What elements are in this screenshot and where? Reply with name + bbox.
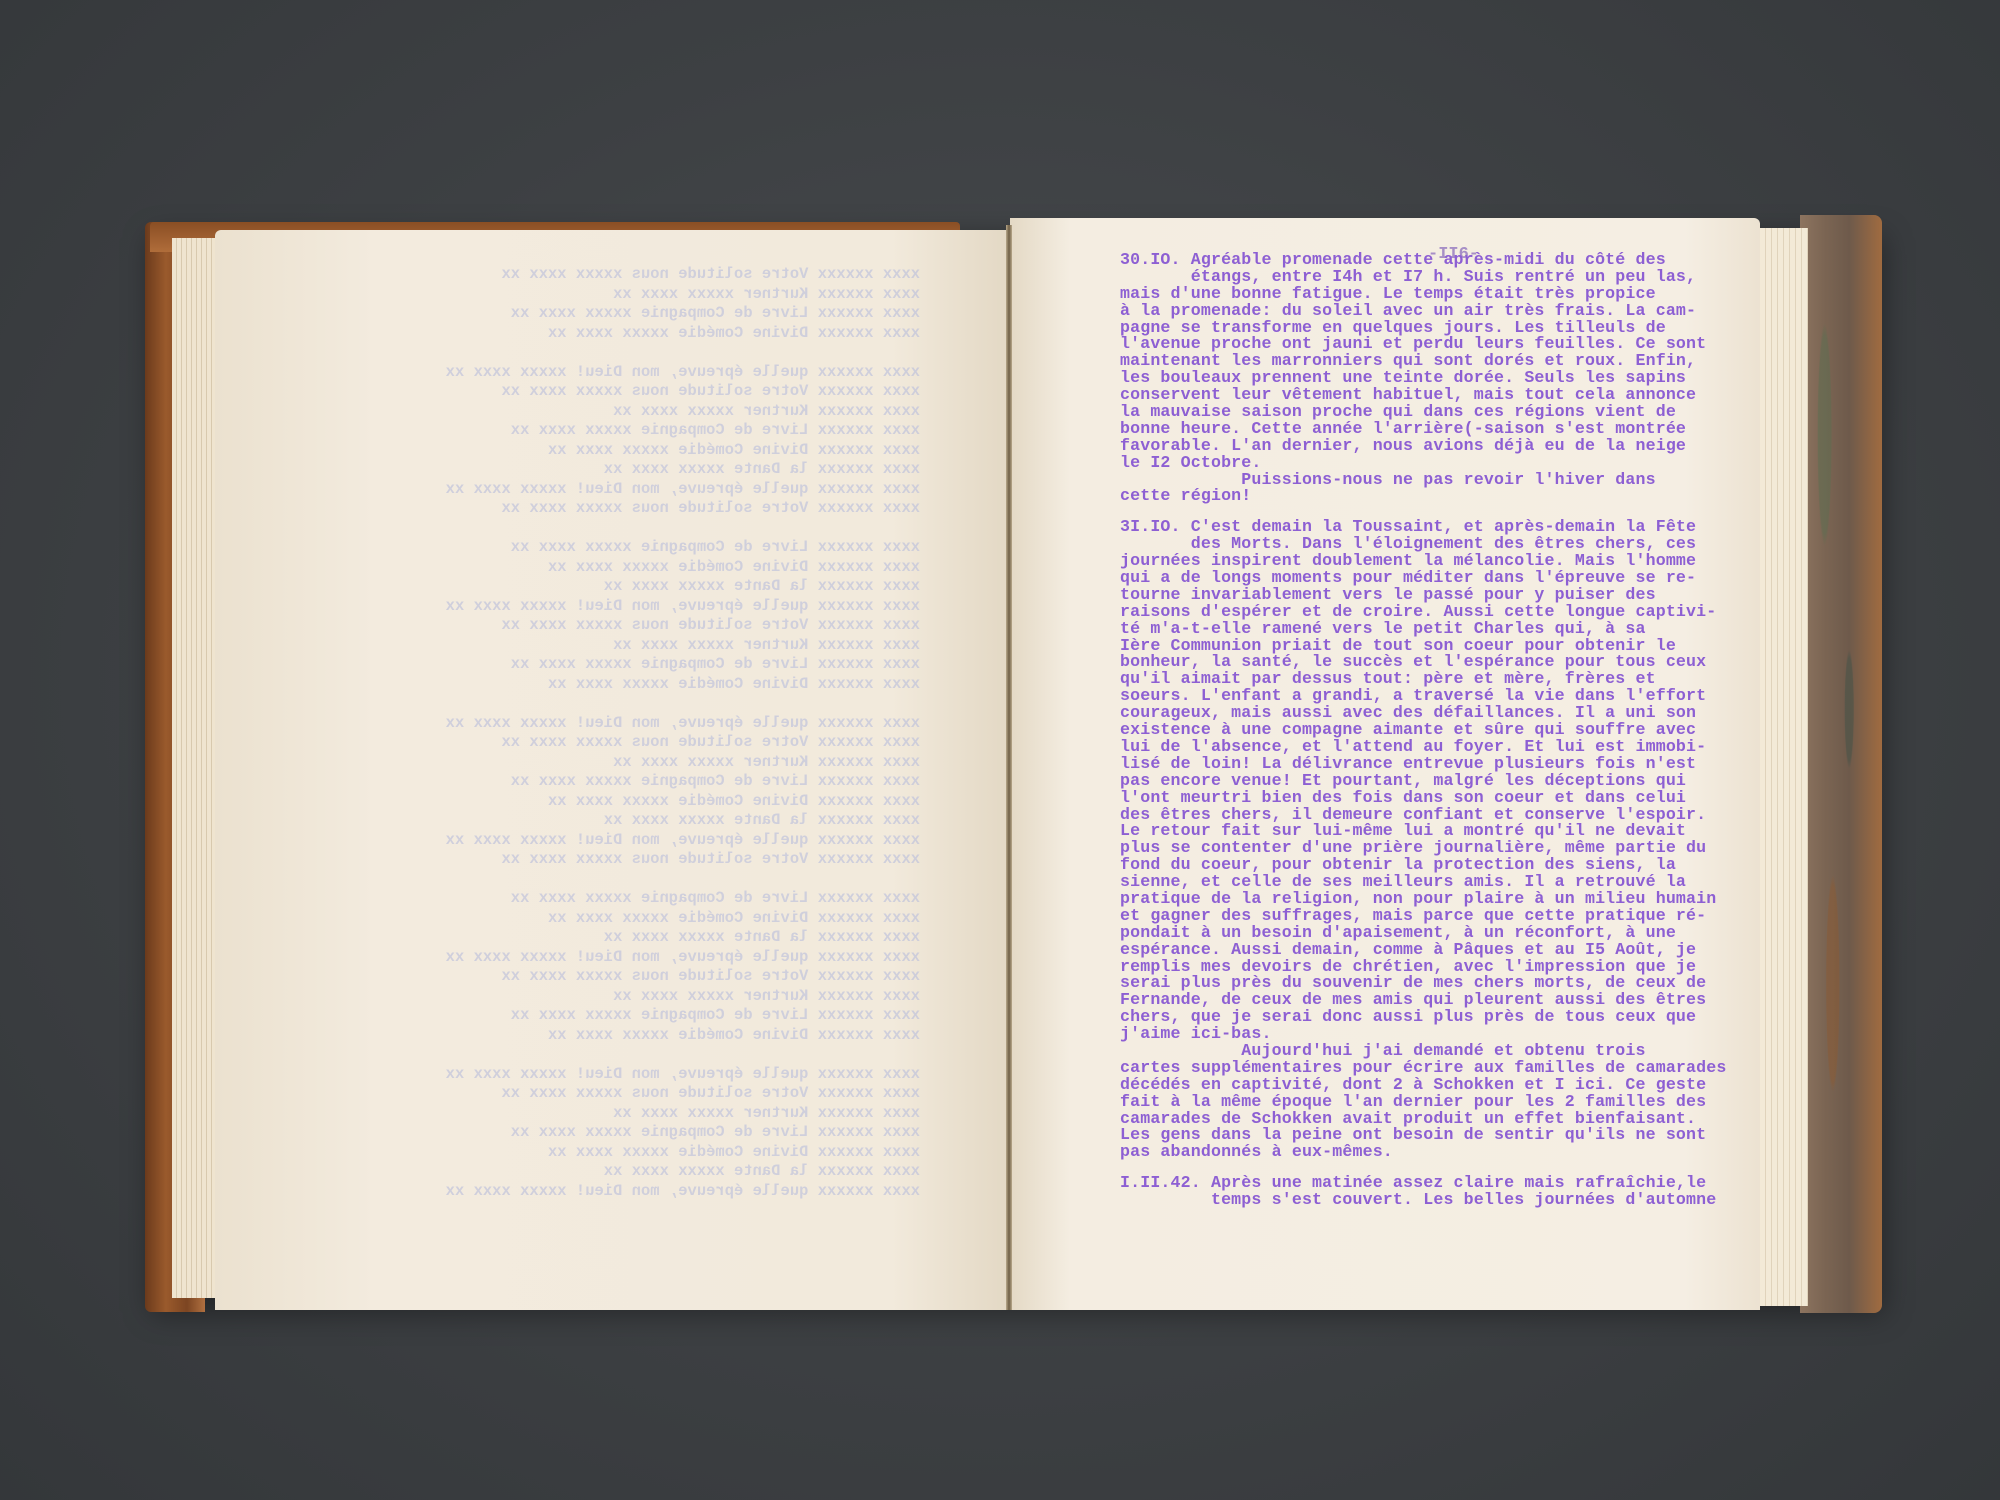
text-line: l'ont meurtri bien des fois dans son coe…	[1120, 790, 1760, 807]
text-line: espérance. Aussi demain, comme à Pâques …	[1120, 942, 1760, 959]
marbled-paper-pattern	[1800, 215, 1882, 1313]
text-line: temps s'est couvert. Les belles journées…	[1120, 1192, 1760, 1209]
text-line: cette région!	[1120, 488, 1760, 505]
left-page-show-through-text: xxxx xxxxxx Votre solitude nous xxxxx xx…	[260, 265, 920, 1201]
text-line: pas abandonnés à eux-mêmes.	[1120, 1144, 1760, 1161]
text-line: fait à la même époque l'an dernier pour …	[1120, 1094, 1760, 1111]
book-gutter	[1006, 225, 1012, 1310]
typewritten-text: 30.IO. Agréable promenade cette après-mi…	[1120, 252, 1760, 1209]
book-cover-right	[1800, 215, 1882, 1313]
